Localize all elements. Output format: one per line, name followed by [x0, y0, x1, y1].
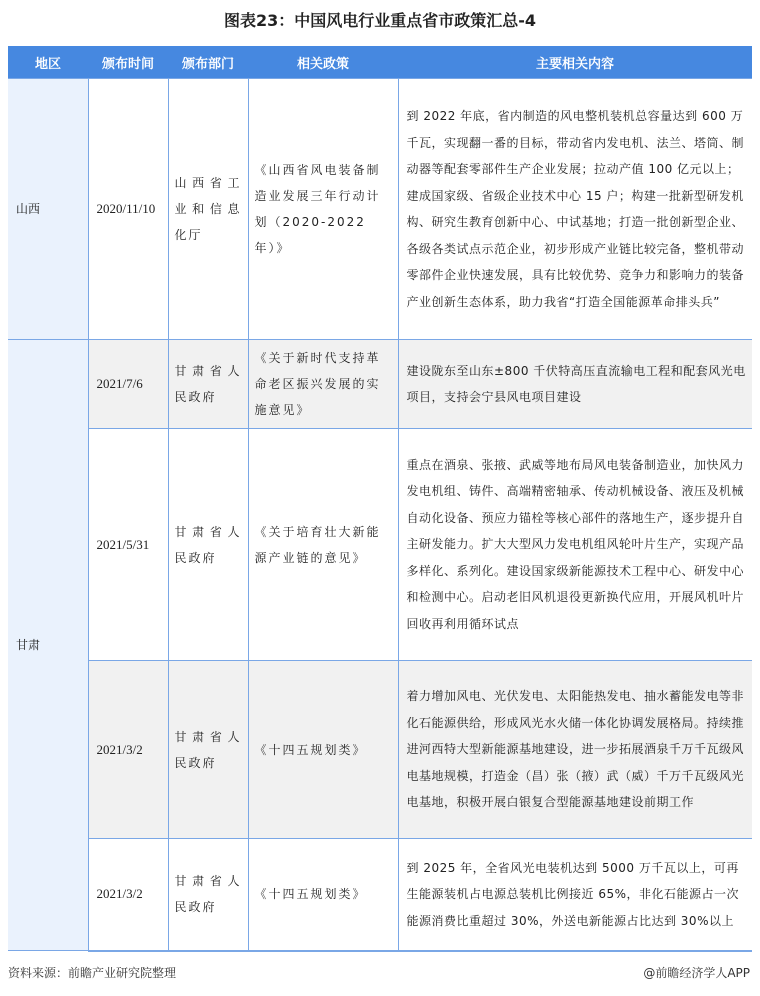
content-cell: 着力增加风电、光伏发电、太阳能热发电、抽水蓄能发电等非化石能源供给，形成风光水火… [398, 661, 752, 839]
column-header-date: 颁布时间 [88, 46, 168, 79]
table-header-row: 地区 颁布时间 颁布部门 相关政策 主要相关内容 [8, 46, 752, 79]
chart-title: 图表23：中国风电行业重点省市政策汇总-4 [0, 8, 760, 31]
date-cell: 2021/3/2 [88, 661, 168, 839]
policy-cell: 《十四五规划类》 [248, 661, 398, 839]
date-cell: 2020/11/10 [88, 79, 168, 340]
table-row: 2021/3/2 甘肃省人民政府 《十四五规划类》 到 2025 年，全省风光电… [8, 839, 752, 951]
column-header-policy: 相关政策 [248, 46, 398, 79]
credit-note: @前瞻经济学人APP [643, 964, 750, 981]
policy-cell: 《山西省风电装备制造业发展三年行动计划（2020-2022年）》 [248, 79, 398, 340]
date-cell: 2021/5/31 [88, 429, 168, 661]
column-header-region: 地区 [8, 46, 88, 79]
department-cell: 甘肃省人民政府 [168, 661, 248, 839]
date-cell: 2021/3/2 [88, 839, 168, 951]
policy-cell: 《关于新时代支持革命老区振兴发展的实施意见》 [248, 340, 398, 429]
department-cell: 甘肃省人民政府 [168, 340, 248, 429]
source-note: 资料来源：前瞻产业研究院整理 [8, 964, 176, 981]
table-row: 甘肃 2021/7/6 甘肃省人民政府 《关于新时代支持革命老区振兴发展的实施意… [8, 340, 752, 429]
column-header-department: 颁布部门 [168, 46, 248, 79]
table-row: 2021/3/2 甘肃省人民政府 《十四五规划类》 着力增加风电、光伏发电、太阳… [8, 661, 752, 839]
department-cell: 甘肃省人民政府 [168, 429, 248, 661]
date-cell: 2021/7/6 [88, 340, 168, 429]
region-cell: 山西 [8, 79, 88, 340]
policy-table: 地区 颁布时间 颁布部门 相关政策 主要相关内容 山西 2020/11/10 山… [8, 46, 752, 952]
region-cell: 甘肃 [8, 340, 88, 951]
department-cell: 甘肃省人民政府 [168, 839, 248, 951]
department-cell: 山西省工业和信息化厅 [168, 79, 248, 340]
policy-cell: 《关于培育壮大新能源产业链的意见》 [248, 429, 398, 661]
policy-cell: 《十四五规划类》 [248, 839, 398, 951]
table-row: 山西 2020/11/10 山西省工业和信息化厅 《山西省风电装备制造业发展三年… [8, 79, 752, 340]
column-header-content: 主要相关内容 [398, 46, 752, 79]
content-cell: 到 2022 年底，省内制造的风电整机装机总容量达到 600 万千瓦，实现翻一番… [398, 79, 752, 340]
table-row: 2021/5/31 甘肃省人民政府 《关于培育壮大新能源产业链的意见》 重点在酒… [8, 429, 752, 661]
content-cell: 建设陇东至山东±800 千伏特高压直流输电工程和配套风光电项目，支持会宁县风电项… [398, 340, 752, 429]
content-cell: 重点在酒泉、张掖、武威等地布局风电装备制造业，加快风力发电机组、铸件、高端精密轴… [398, 429, 752, 661]
content-cell: 到 2025 年，全省风光电装机达到 5000 万千瓦以上，可再生能源装机占电源… [398, 839, 752, 951]
